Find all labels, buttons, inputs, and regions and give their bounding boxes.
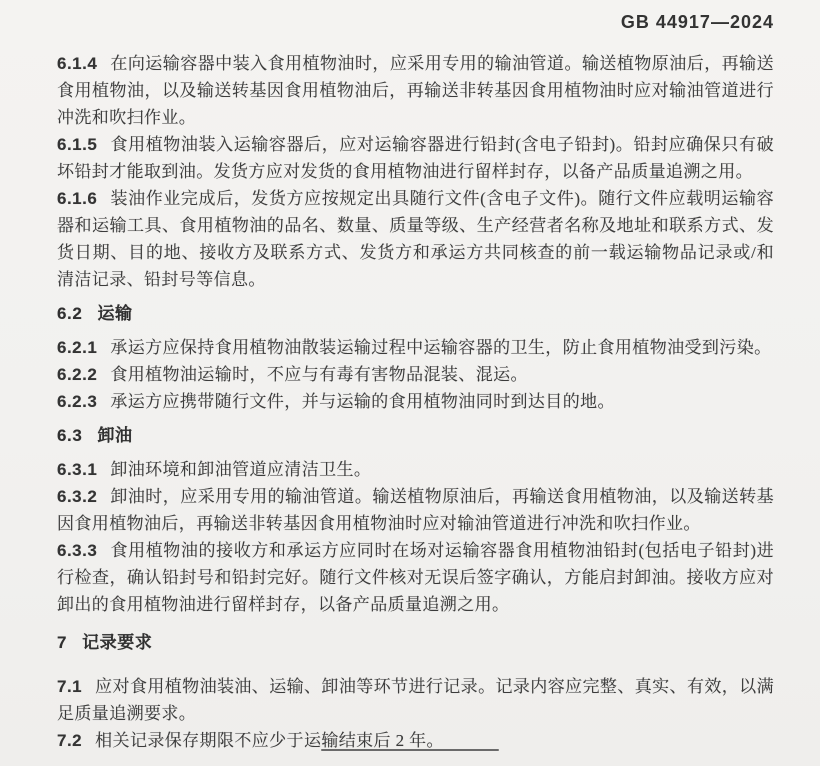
clause-text: 食用植物油装入运输容器后，应对运输容器进行铅封(含电子铅封)。铅封应确保只有破坏… (57, 135, 774, 181)
clause-paragraph: 6.1.5食用植物油装入运输容器后，应对运输容器进行铅封(含电子铅封)。铅封应确… (57, 131, 774, 185)
clause-text: 承运方应携带随行文件，并与运输的食用植物油同时到达目的地。 (110, 392, 615, 411)
page-footer-divider (321, 749, 499, 751)
clause-number: 6.3 (57, 426, 82, 445)
heading-text: 卸油 (97, 426, 132, 445)
clause-paragraph: 6.2.1承运方应保持食用植物油散装运输过程中运输容器的卫生，防止食用植物油受到… (57, 334, 774, 361)
clause-number: 6.2 (57, 304, 82, 323)
clause-paragraph: 7.1应对食用植物油装油、运输、卸油等环节进行记录。记录内容应完整、真实、有效，… (57, 673, 774, 727)
clause-number: 6.2.2 (57, 365, 97, 384)
clause-text: 相关记录保存期限不应少于运输结束后 2 年。 (95, 731, 444, 750)
clause-text: 食用植物油的接收方和承运方应同时在场对运输容器食用植物油铅封(包括电子铅封)进行… (57, 541, 774, 614)
clause-paragraph: 6.1.4在向运输容器中装入食用植物油时，应采用专用的输油管道。输送植物原油后，… (57, 50, 774, 131)
clause-number: 7 (57, 633, 67, 652)
clause-number: 7.1 (57, 677, 82, 696)
clause-number: 6.1.4 (57, 54, 97, 73)
clause-text: 装油作业完成后，发货方应按规定出具随行文件(含电子文件)。随行文件应载明运输容器… (57, 189, 774, 289)
section-heading: 6.2运输 (57, 300, 774, 327)
clause-paragraph: 6.2.2食用植物油运输时，不应与有毒有害物品混装、混运。 (57, 361, 774, 388)
clause-number: 6.2.1 (57, 338, 97, 357)
clause-number: 6.1.6 (57, 189, 97, 208)
section-heading: 6.3卸油 (57, 422, 774, 449)
clause-text: 应对食用植物油装油、运输、卸油等环节进行记录。记录内容应完整、真实、有效，以满足… (57, 677, 774, 723)
scanned-document-page: GB 44917—2024 6.1.4在向运输容器中装入食用植物油时，应采用专用… (0, 0, 820, 766)
clause-number: 6.2.3 (57, 392, 97, 411)
clause-number: 6.3.2 (57, 487, 97, 506)
clause-text: 承运方应保持食用植物油散装运输过程中运输容器的卫生，防止食用植物油受到污染。 (110, 338, 771, 357)
heading-text: 记录要求 (82, 633, 152, 652)
clause-number: 7.2 (57, 731, 82, 750)
clause-number: 6.3.1 (57, 460, 97, 479)
section-heading: 7记录要求 (57, 629, 774, 656)
clause-paragraph: 6.2.3承运方应携带随行文件，并与运输的食用植物油同时到达目的地。 (57, 388, 774, 415)
clause-paragraph: 6.1.6装油作业完成后，发货方应按规定出具随行文件(含电子文件)。随行文件应载… (57, 185, 774, 293)
document-body: 6.1.4在向运输容器中装入食用植物油时，应采用专用的输油管道。输送植物原油后，… (57, 50, 774, 754)
clause-number: 6.3.3 (57, 541, 97, 560)
clause-paragraph: 6.3.1卸油环境和卸油管道应清洁卫生。 (57, 456, 774, 483)
clause-paragraph: 6.3.3食用植物油的接收方和承运方应同时在场对运输容器食用植物油铅封(包括电子… (57, 537, 774, 618)
clause-paragraph: 6.3.2卸油时，应采用专用的输油管道。输送植物原油后，再输送食用植物油，以及输… (57, 483, 774, 537)
heading-text: 运输 (97, 304, 132, 323)
clause-text: 食用植物油运输时，不应与有毒有害物品混装、混运。 (110, 365, 528, 384)
clause-text: 卸油环境和卸油管道应清洁卫生。 (110, 460, 371, 479)
clause-number: 6.1.5 (57, 135, 97, 154)
clause-text: 卸油时，应采用专用的输油管道。输送植物原油后，再输送食用植物油，以及输送转基因食… (57, 487, 774, 533)
standard-number: GB 44917—2024 (57, 12, 774, 33)
clause-text: 在向运输容器中装入食用植物油时，应采用专用的输油管道。输送植物原油后，再输送食用… (57, 54, 774, 127)
